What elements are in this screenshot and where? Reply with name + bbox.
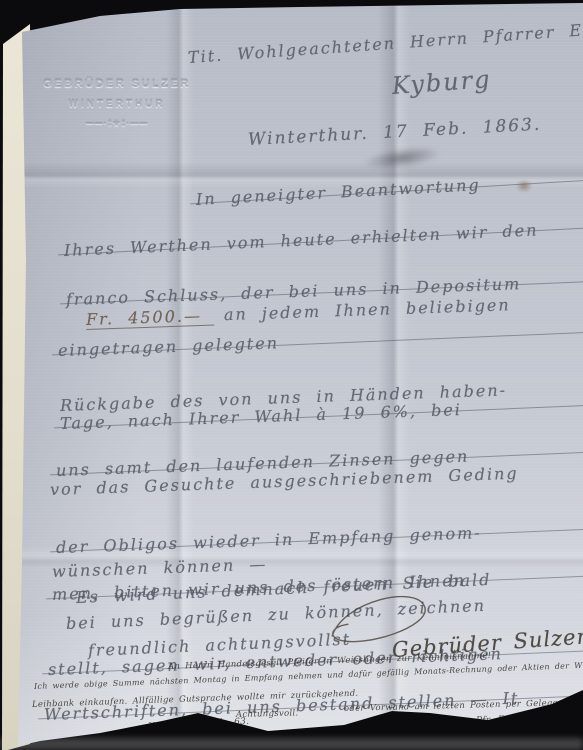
- letterhead-city: WINTERTHUR: [42, 99, 192, 110]
- letterhead-company-name: GEBRÜDER SULZER: [42, 78, 192, 90]
- embossed-letterhead: GEBRÜDER SULZER WINTERTHUR ——·‡★‡·——: [42, 78, 192, 128]
- letter-sheet: GEBRÜDER SULZER WINTERTHUR ——·‡★‡·—— Tit…: [0, 0, 583, 750]
- table-edge: [0, 738, 583, 750]
- letter-photo: GEBRÜDER SULZER WINTERTHUR ——·‡★‡·—— Tit…: [0, 0, 583, 750]
- letterhead-ornament: ——·‡★‡·——: [42, 119, 192, 128]
- annotation-signature: Pfr. Erni: [476, 715, 519, 726]
